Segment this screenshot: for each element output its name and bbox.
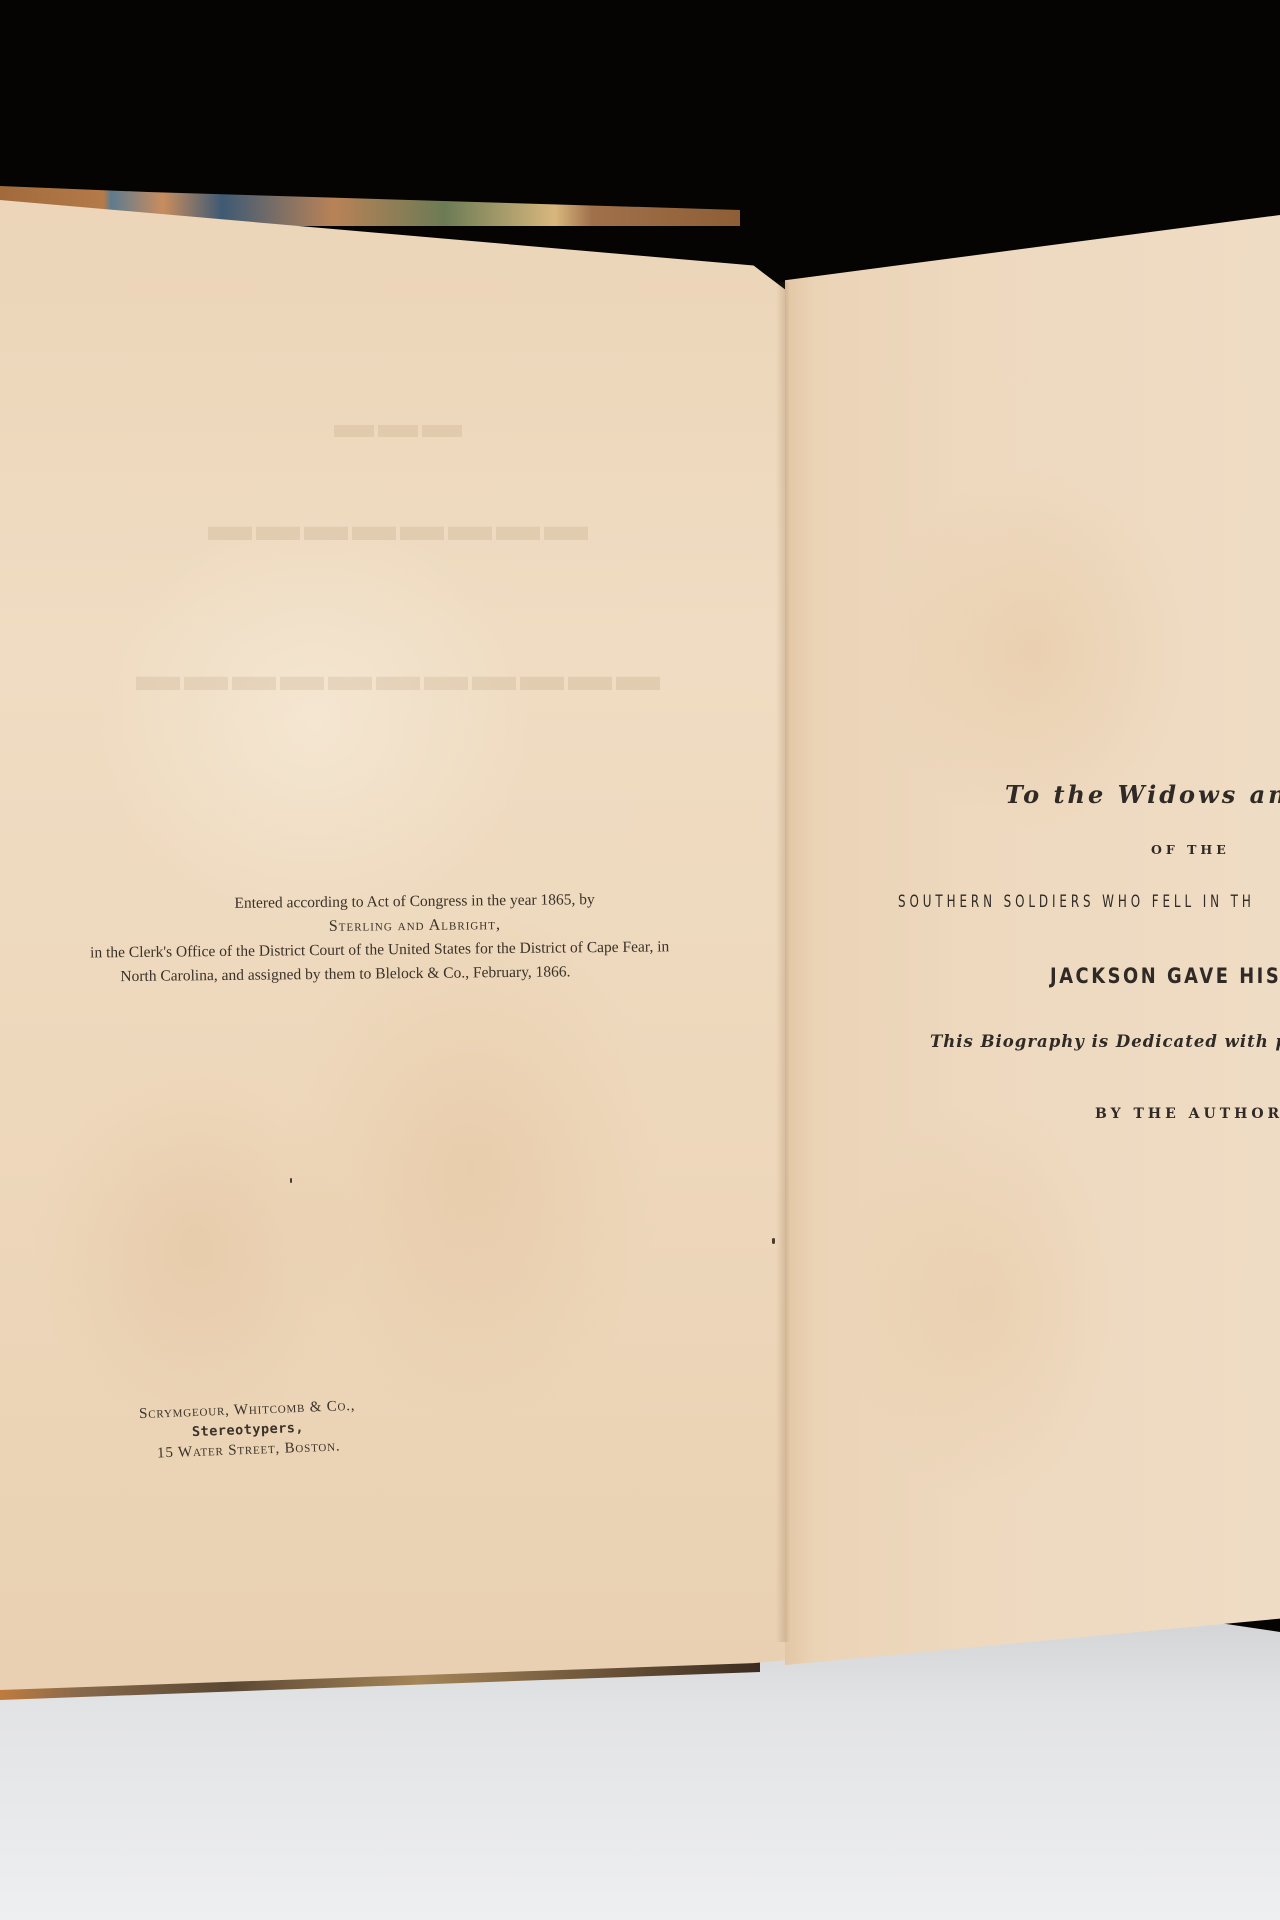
paper-fleck (772, 1238, 775, 1244)
page-gutter (776, 282, 790, 1642)
photo-scene: ▬▬▬ ▬▬▬▬▬▬▬▬ ▬▬▬▬▬▬▬▬▬▬▬ Entered accordi… (0, 0, 1280, 1920)
stereotyper-imprint: Scrymgeour, Whitcomb & Co., Stereotypers… (117, 1395, 379, 1465)
right-page (785, 215, 1280, 1665)
paper-fleck (290, 1178, 292, 1183)
dedication-line-4: JACKSON GAVE HIS L (1050, 964, 1280, 988)
dedication-line-2: OF THE (1151, 842, 1230, 857)
dedication-line-1: To the Widows and O (1005, 780, 1280, 809)
show-through-title-1: ▬▬▬ (60, 400, 740, 447)
dedication-line-6: BY THE AUTHOR. (1095, 1106, 1280, 1122)
copyright-notice: Entered according to Act of Congress in … (70, 886, 761, 989)
dedication-line-3: SOUTHERN SOLDIERS WHO FELL IN TH (898, 892, 1255, 912)
show-through-title-3: ▬▬▬▬▬▬▬▬▬▬▬ (60, 650, 740, 701)
dedication-line-5: This Biography is Dedicated with profoun… (930, 1032, 1280, 1051)
show-through-title-2: ▬▬▬▬▬▬▬▬ (60, 500, 740, 551)
